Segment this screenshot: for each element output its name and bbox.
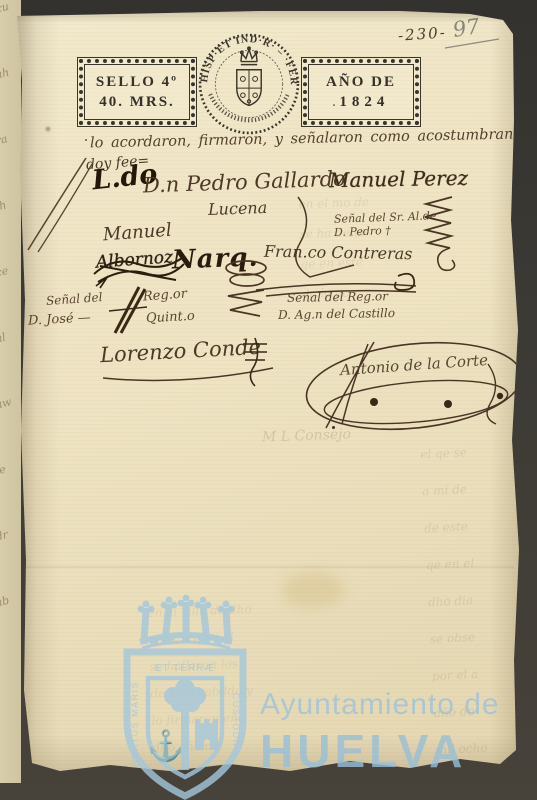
huelva-coat-of-arms-icon: ET TERRÆ PORTUS MARIS CUSTODIA ⚓ <box>122 592 248 800</box>
conde-rubric-flourish <box>95 334 285 392</box>
ink-speck <box>85 139 87 141</box>
senal-regidor-quintero-name: D. José — <box>28 311 91 327</box>
crowned-arms-icon <box>237 47 261 105</box>
cross-mark-rubric <box>105 283 151 337</box>
signature-perez: Manuel Perez <box>329 168 468 190</box>
royal-seal-icon: HISP·ET IND·R· – ·FER·VII·D·G· <box>196 31 302 137</box>
year-ink-dot: . <box>333 97 338 109</box>
pencil-underline <box>443 36 503 50</box>
stamp-year-caption: AÑO DE <box>326 74 396 91</box>
seal-legend-text: HISP·ET IND·R· – ·FER·VII·D·G· <box>196 31 299 86</box>
shield-motto-left: PORTUS MARIS <box>130 681 140 767</box>
svg-text:HISP·ET IND·R· – ·FER·VII·D·G·: HISP·ET IND·R· – ·FER·VII·D·G· <box>196 31 299 86</box>
paper-crease <box>22 566 514 568</box>
shield-anchor-icon: ⚓ <box>147 728 184 764</box>
paragraph-slash-marks <box>24 152 94 256</box>
stamp-ornament-border: AÑO DE . 1824 <box>303 59 419 125</box>
shield-tower-icon <box>195 719 218 750</box>
fold-shadow <box>17 11 59 773</box>
edge-shadow <box>17 11 514 23</box>
stamp-price-label: 40. MRS. <box>99 94 175 111</box>
archive-watermark: ET TERRÆ PORTUS MARIS CUSTODIA ⚓ Ayuntam… <box>122 592 522 800</box>
signature-contreras: Fran.co Contreras <box>264 244 413 263</box>
watermark-org-name: Ayuntamiento de <box>260 688 500 722</box>
under-sheet-edge: cu ah ra lh ce al aw le dr ab <box>0 0 21 783</box>
stamp-year-box: AÑO DE . 1824 <box>301 57 421 127</box>
ink-speck <box>46 127 50 131</box>
watermark-city-name: HUELVA <box>260 724 500 778</box>
shield-motto-right: CUSTODIA <box>231 693 241 751</box>
senal-regidor-castillo-name: D. Ag.n del Castillo <box>278 307 395 321</box>
folio-number: -230- <box>398 25 448 43</box>
stamp-class-label: SELLO 4º <box>96 74 178 91</box>
document-photo: cu ah ra lh ce al aw le dr ab -230- 97 S… <box>0 0 537 800</box>
closing-line: lo acordaron, firmaron, y señalaron como… <box>90 128 514 151</box>
senal-regidor-quintero-caption: Señal del <box>46 291 103 307</box>
stamp-value-box: SELLO 4º 40. MRS. <box>77 57 197 127</box>
senal-regidor-quintero-name2: Quint.o <box>146 310 195 326</box>
senal-alcalde-name: D. Pedro † <box>334 225 391 238</box>
shield-motto-top: ET TERRÆ <box>155 663 215 674</box>
zigzag-rubric <box>418 193 456 279</box>
spring-rubric <box>220 258 272 322</box>
signature-manuel: Manuel <box>102 222 172 245</box>
senal-regidor-castillo-caption: Señal del Reg.or <box>287 290 388 304</box>
margin-fragment: ab <box>0 592 29 661</box>
stamp-ornament-border: SELLO 4º 40. MRS. <box>79 59 195 125</box>
margin-fragment: dr <box>0 526 29 595</box>
stamp-year-value: 1824 <box>339 94 389 111</box>
corte-oval-flourish <box>298 336 528 436</box>
signature-lucena: Lucena <box>208 200 268 218</box>
